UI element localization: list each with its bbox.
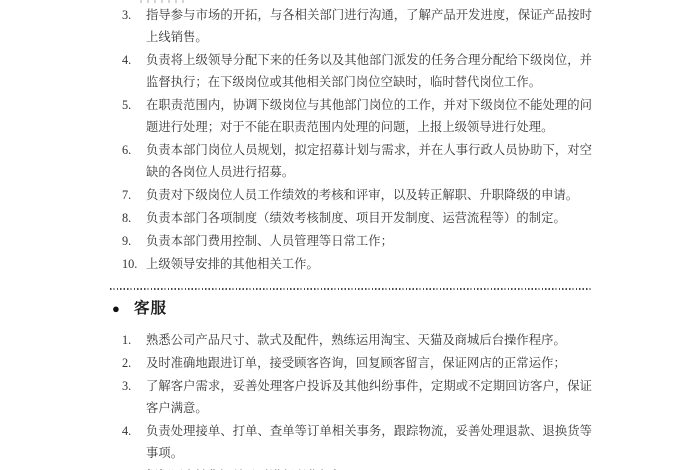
list-item: 5.在职责范围内，协调下级岗位与其他部门岗位的工作，并对下级岗位不能处理的问题进… — [122, 94, 592, 138]
list-item-text: 及时准确地跟进订单，接受顾客咨询，回复顾客留言，保证网店的正常运作； — [146, 352, 592, 374]
list-item-number: 10. — [122, 253, 146, 275]
bullet-icon: ● — [112, 299, 134, 319]
list-item-text: 负责本部门各项制度（绩效考核制度、项目开发制度、运营流程等）的制定。 — [146, 207, 592, 229]
list-item-text: 了解客户需求，妥善处理客户投诉及其他纠纷事件，定期或不定期回访客户，保证客户满意… — [146, 375, 592, 419]
section-header: ● 客服 — [112, 299, 592, 319]
list-item-number: 4. — [122, 420, 146, 464]
list-item-number: 3. — [122, 375, 146, 419]
numbered-list-customer-service-duties: 1.熟悉公司产品尺寸、款式及配件，熟练运用淘宝、天猫及商城后台操作程序。2.及时… — [122, 329, 592, 470]
document-page: 3.指导参与市场的开拓，与各相关部门进行沟通，了解产品开发进度，保证产品按时上线… — [0, 0, 700, 470]
list-item-text: 熟悉公司产品尺寸、款式及配件，熟练运用淘宝、天猫及商城后台操作程序。 — [146, 329, 592, 351]
list-item-number: 3. — [122, 4, 146, 48]
list-item-number: 5. — [122, 94, 146, 138]
list-item: 2.及时准确地跟进订单，接受顾客咨询，回复顾客留言，保证网店的正常运作； — [122, 352, 592, 374]
list-item-text: 根据网店销售订单及时进行配货打包。 — [146, 465, 592, 470]
list-item-number: 7. — [122, 184, 146, 206]
dotted-divider — [110, 288, 592, 290]
list-item-text: 负责本部门费用控制、人员管理等日常工作； — [146, 230, 592, 252]
list-item-number: 5. — [122, 465, 146, 470]
list-item-number: 8. — [122, 207, 146, 229]
list-item: 3.了解客户需求，妥善处理客户投诉及其他纠纷事件，定期或不定期回访客户，保证客户… — [122, 375, 592, 419]
numbered-list-management-duties: 3.指导参与市场的开拓，与各相关部门进行沟通，了解产品开发进度，保证产品按时上线… — [122, 4, 592, 275]
list-item: 4.负责处理接单、打单、查单等订单相关事务，跟踪物流，妥善处理退款、退换货等事项… — [122, 420, 592, 464]
list-item-number: 2. — [122, 352, 146, 374]
list-item-number: 4. — [122, 49, 146, 93]
list-item-text: 负责将上级领导分配下来的任务以及其他部门派发的任务合理分配给下级岗位，并监督执行… — [146, 49, 592, 93]
list-item: 6.负责本部门岗位人员规划，拟定招募计划与需求，并在人事行政人员协助下，对空缺的… — [122, 139, 592, 183]
list-item-text: 负责本部门岗位人员规划，拟定招募计划与需求，并在人事行政人员协助下，对空缺的各岗… — [146, 139, 592, 183]
list-item: 8.负责本部门各项制度（绩效考核制度、项目开发制度、运营流程等）的制定。 — [122, 207, 592, 229]
list-item-text: 负责对下级岗位人员工作绩效的考核和评审，以及转正解职、升职降级的申请。 — [146, 184, 592, 206]
list-item-number: 6. — [122, 139, 146, 183]
list-item-text: 在职责范围内，协调下级岗位与其他部门岗位的工作，并对下级岗位不能处理的问题进行处… — [146, 94, 592, 138]
list-item: 10.上级领导安排的其他相关工作。 — [122, 253, 592, 275]
list-item: 5.根据网店销售订单及时进行配货打包。 — [122, 465, 592, 470]
list-item: 9.负责本部门费用控制、人员管理等日常工作； — [122, 230, 592, 252]
list-item-number: 9. — [122, 230, 146, 252]
clipped-text-fragment — [140, 0, 184, 3]
list-item: 4.负责将上级领导分配下来的任务以及其他部门派发的任务合理分配给下级岗位，并监督… — [122, 49, 592, 93]
list-item: 7.负责对下级岗位人员工作绩效的考核和评审，以及转正解职、升职降级的申请。 — [122, 184, 592, 206]
list-item-text: 上级领导安排的其他相关工作。 — [146, 253, 592, 275]
list-item-number: 1. — [122, 329, 146, 351]
section-title: 客服 — [134, 299, 167, 319]
list-item-text: 指导参与市场的开拓，与各相关部门进行沟通，了解产品开发进度，保证产品按时上线销售… — [146, 4, 592, 48]
list-item-text: 负责处理接单、打单、查单等订单相关事务，跟踪物流，妥善处理退款、退换货等事项。 — [146, 420, 592, 464]
list-item: 1.熟悉公司产品尺寸、款式及配件，熟练运用淘宝、天猫及商城后台操作程序。 — [122, 329, 592, 351]
list-item: 3.指导参与市场的开拓，与各相关部门进行沟通，了解产品开发进度，保证产品按时上线… — [122, 4, 592, 48]
